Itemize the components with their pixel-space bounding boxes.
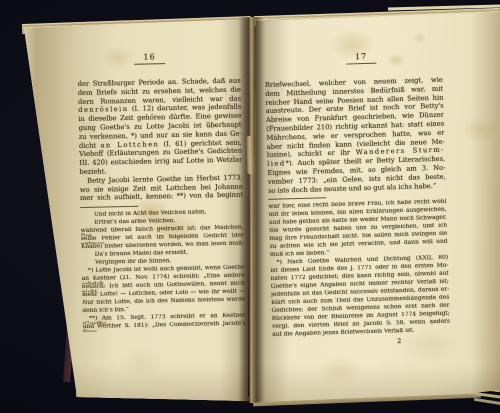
book-photo: 16 der Straßburger Periode an. Schade, d… <box>0 0 500 413</box>
left-page-footnote-separator <box>80 205 138 207</box>
gutter-fold <box>247 136 255 174</box>
right-page-content: 17 Briefwechsel, welcher von neuem zeigt… <box>264 50 451 349</box>
underlying-leaf-edge-bottom-right <box>474 398 500 405</box>
left-page-main-text: der Straßburger Periode an. Schade, daß … <box>78 77 244 204</box>
right-page-footnotes: war hier, eine recht liebe brave Frau, i… <box>268 199 450 340</box>
page-number-left-value: 16 <box>134 52 164 65</box>
page-number-left: 16 <box>77 51 240 66</box>
page-number-right-value: 17 <box>346 52 377 65</box>
right-page-footnote-separator <box>268 197 326 200</box>
left-page-content: 16 der Straßburger Periode an. Schade, d… <box>77 51 246 332</box>
left-page-footnotes: Und nicht in Acht das Veilchen nahm,Ertr… <box>80 208 245 331</box>
right-page-main-text: Briefwechsel, welcher von neuem zeigt, w… <box>265 76 446 196</box>
